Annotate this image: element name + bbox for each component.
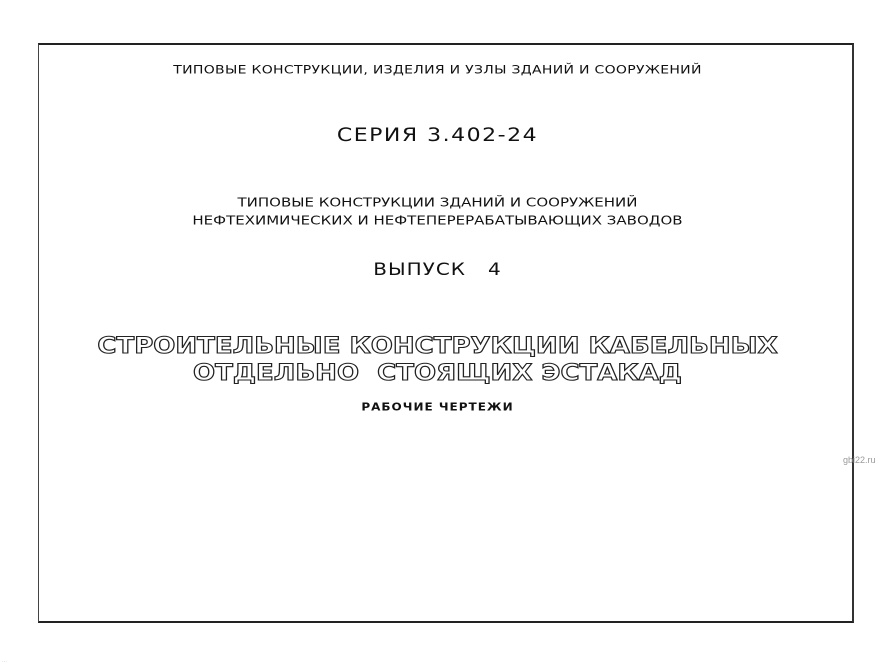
corner-mark: ... — [2, 658, 7, 664]
document-header: Типовые конструкции, изделия и узлы здан… — [0, 63, 875, 77]
series-number: Серия 3.402-24 — [0, 125, 875, 146]
issue-number: Выпуск 4 — [0, 259, 875, 279]
main-title-line-2: отдельно стоящих эстакад — [0, 360, 875, 386]
working-drawings-label: Рабочие чертежи — [0, 401, 875, 413]
subtitle-line-2: нефтехимических и нефтеперерабатывающих … — [0, 212, 875, 227]
watermark: gbi22.ru — [843, 455, 875, 465]
subtitle-line-1: Типовые конструкции зданий и сооружений — [0, 194, 875, 209]
main-title-line-1: Строительные конструкции кабельных — [0, 333, 875, 359]
